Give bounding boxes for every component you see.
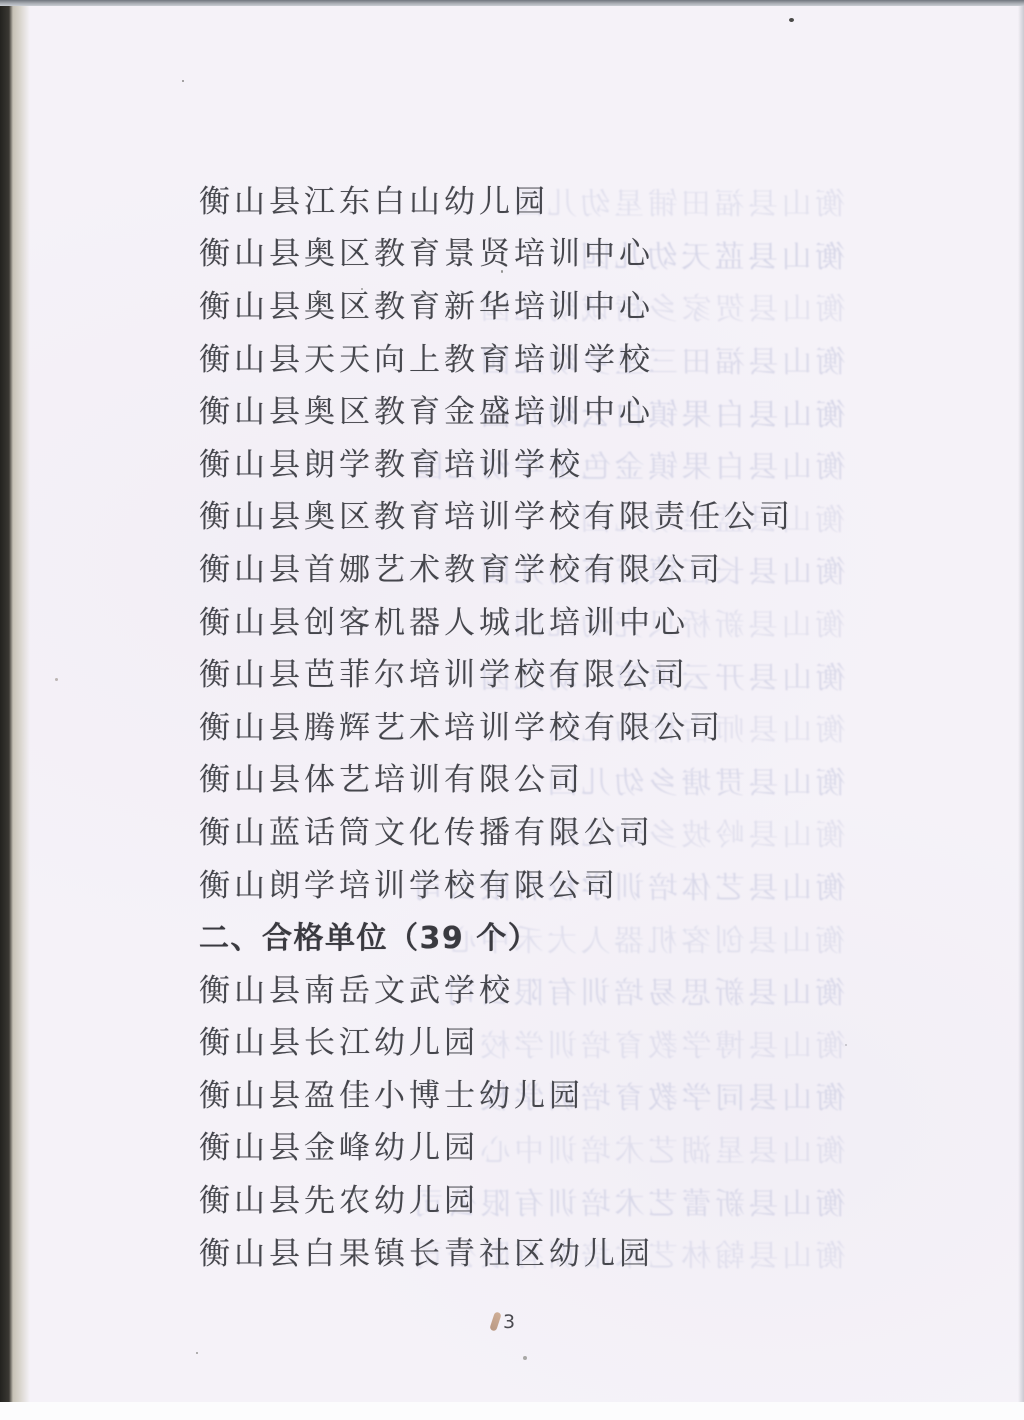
institution-list-item: 衡山县创客机器人城北培训中心: [199, 593, 919, 646]
page-number: 3: [503, 1311, 515, 1333]
institution-list-item: 衡山县奥区教育景贤培训中心: [199, 225, 919, 278]
institution-list-item: 衡山县芭菲尔培训学校有限公司: [199, 645, 919, 698]
institution-list-item: 衡山县金峰幼儿园: [199, 1119, 919, 1172]
scanned-document-page: 衡山县福田铺星幼儿园 衡山县蓝天幼儿园 衡山县贺家乡精诚幼儿园 衡山县福田三星乡…: [0, 0, 1024, 1420]
institution-list-item: 衡山县盈佳小博士幼儿园: [199, 1066, 919, 1119]
section2-list: 衡山县南岳文武学校 衡山县长江幼儿园 衡山县盈佳小博士幼儿园 衡山县金峰幼儿园 …: [199, 961, 919, 1277]
section2-heading: 二、合格单位（39 个）: [199, 908, 919, 961]
institution-list-item: 衡山县奥区教育培训学校有限责任公司: [199, 488, 919, 541]
institution-list-item: 衡山蓝话筒文化传播有限公司: [199, 803, 919, 856]
dust-speck: [55, 678, 58, 681]
institution-list-item: 衡山县奥区教育新华培训中心: [199, 277, 919, 330]
dust-speck: [845, 1044, 847, 1046]
institution-list-item: 衡山县奥区教育金盛培训中心: [199, 382, 919, 435]
institution-list-item: 衡山县首娜艺术教育学校有限公司: [199, 540, 919, 593]
institution-list-item: 衡山县体艺培训有限公司: [199, 751, 919, 804]
institution-list-item: 衡山朗学培训学校有限公司: [199, 856, 919, 909]
institution-list-item: 衡山县朗学教育培训学校: [199, 435, 919, 488]
dust-speck: [196, 1352, 198, 1354]
institution-list-item: 衡山县腾辉艺术培训学校有限公司: [199, 698, 919, 751]
institution-list-item: 衡山县天天向上教育培训学校: [199, 330, 919, 383]
institution-list-item: 衡山县江东白山幼儿园: [199, 172, 919, 225]
paper-top-edge-shadow: [0, 0, 1024, 6]
dust-speck: [789, 18, 794, 22]
dust-speck: [501, 270, 503, 273]
dust-speck: [182, 80, 184, 82]
paper-right-edge-shadow: [1018, 0, 1024, 1402]
section1-list: 衡山县江东白山幼儿园 衡山县奥区教育景贤培训中心 衡山县奥区教育新华培训中心 衡…: [199, 172, 919, 908]
dust-speck: [361, 288, 363, 290]
institution-list-item: 衡山县先农幼儿园: [199, 1171, 919, 1224]
dust-speck: [523, 1356, 527, 1360]
institution-list-item: 衡山县白果镇长青社区幼儿园: [199, 1224, 919, 1277]
institution-list-item: 衡山县南岳文武学校: [199, 961, 919, 1014]
paper-left-edge-shadow: [0, 0, 30, 1402]
institution-list-item: 衡山县长江幼儿园: [199, 1014, 919, 1067]
document-text-column: 衡山县江东白山幼儿园 衡山县奥区教育景贤培训中心 衡山县奥区教育新华培训中心 衡…: [199, 172, 919, 1276]
